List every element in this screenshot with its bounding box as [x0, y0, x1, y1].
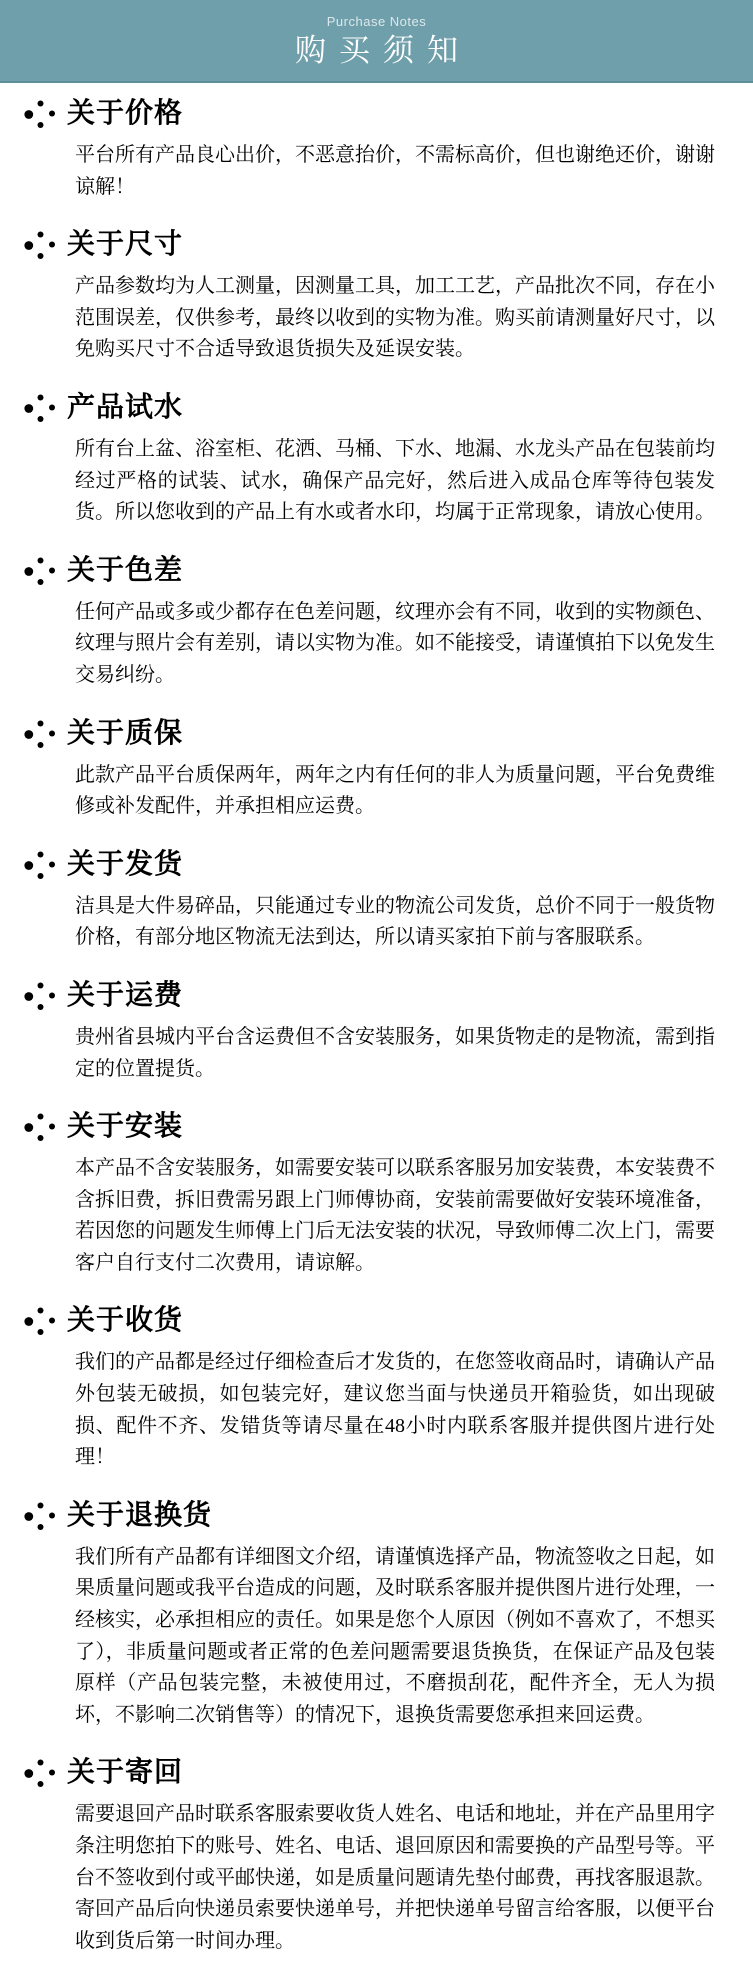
section-header: 关于价格 — [24, 97, 715, 131]
section-header: 关于尺寸 — [24, 228, 715, 262]
section-header: 关于寄回 — [24, 1756, 715, 1790]
section-header: 关于安装 — [24, 1110, 715, 1144]
section-body-text: 我们所有产品都有详细图文介绍，请谨慎选择产品，物流签收之日起，如果质量问题或我平… — [75, 1542, 715, 1732]
purchase-notes-page: Purchase Notes 购买须知 关于价格 平台所有产品良心出价，不恶意抬… — [0, 0, 753, 1987]
section-body-text: 平台所有产品良心出价，不恶意抬价，不需标高价，但也谢绝还价，谢谢谅解！ — [75, 140, 715, 203]
notice-section: 关于收货 我们的产品都是经过仔细检查后才发货的，在您签收商品时，请确认产品外包装… — [24, 1304, 715, 1473]
section-title: 关于质保 — [67, 717, 183, 751]
section-body-text: 贵州省县城内平台含运费但不含安装服务，如果货物走的是物流，需到指定的位置提货。 — [75, 1022, 715, 1085]
banner-subtitle: Purchase Notes — [327, 14, 427, 30]
section-title: 关于发货 — [67, 848, 183, 882]
notice-section: 关于寄回 需要退回产品时联系客服索要收货人姓名、电话和地址，并在产品里用字条注明… — [24, 1756, 715, 1957]
four-dots-bullet-icon — [24, 1111, 56, 1143]
section-title: 关于寄回 — [67, 1756, 183, 1790]
section-header: 产品试水 — [24, 391, 715, 425]
four-dots-bullet-icon — [24, 392, 56, 424]
section-body-text: 洁具是大件易碎品，只能通过专业的物流公司发货，总价不同于一般货物价格，有部分地区… — [75, 891, 715, 954]
section-title: 关于色差 — [67, 554, 183, 588]
four-dots-bullet-icon — [24, 98, 56, 130]
section-body-text: 我们的产品都是经过仔细检查后才发货的，在您签收商品时，请确认产品外包装无破损，如… — [75, 1347, 715, 1473]
section-title: 关于退换货 — [67, 1499, 212, 1533]
notice-section: 关于尺寸 产品参数均为人工测量，因测量工具，加工工艺，产品批次不同，存在小范围误… — [24, 228, 715, 366]
four-dots-bullet-icon — [24, 1500, 56, 1532]
section-title: 关于尺寸 — [67, 228, 183, 262]
section-title: 关于安装 — [67, 1110, 183, 1144]
section-title: 关于价格 — [67, 97, 183, 131]
section-header: 关于退换货 — [24, 1499, 715, 1533]
section-body-text: 此款产品平台质保两年，两年之内有任何的非人为质量问题，平台免费维修或补发配件，并… — [75, 760, 715, 823]
section-body-text: 任何产品或多或少都存在色差问题，纹理亦会有不同，收到的实物颜色、纹理与照片会有差… — [75, 597, 715, 692]
four-dots-bullet-icon — [24, 555, 56, 587]
header-banner: Purchase Notes 购买须知 — [0, 0, 753, 83]
notice-section: 关于运费 贵州省县城内平台含运费但不含安装服务，如果货物走的是物流，需到指定的位… — [24, 979, 715, 1085]
four-dots-bullet-icon — [24, 1305, 56, 1337]
four-dots-bullet-icon — [24, 980, 56, 1012]
notice-section: 关于发货 洁具是大件易碎品，只能通过专业的物流公司发货，总价不同于一般货物价格，… — [24, 848, 715, 954]
section-body-text: 本产品不含安装服务，如需要安装可以联系客服另加安装费，本安装费不含拆旧费，拆旧费… — [75, 1153, 715, 1279]
notice-section: 关于退换货 我们所有产品都有详细图文介绍，请谨慎选择产品，物流签收之日起，如果质… — [24, 1499, 715, 1732]
section-title: 产品试水 — [67, 391, 183, 425]
section-body-text: 产品参数均为人工测量，因测量工具，加工工艺，产品批次不同，存在小范围误差，仅供参… — [75, 271, 715, 366]
notice-section: 产品试水 所有台上盆、浴室柜、花洒、马桶、下水、地漏、水龙头产品在包装前均经过严… — [24, 391, 715, 529]
section-title: 关于收货 — [67, 1304, 183, 1338]
section-title: 关于运费 — [67, 979, 183, 1013]
section-body-text: 需要退回产品时联系客服索要收货人姓名、电话和地址，并在产品里用字条注明您拍下的账… — [75, 1799, 715, 1957]
notice-section: 关于安装 本产品不含安装服务，如需要安装可以联系客服另加安装费，本安装费不含拆旧… — [24, 1110, 715, 1279]
section-header: 关于色差 — [24, 554, 715, 588]
section-body-text: 所有台上盆、浴室柜、花洒、马桶、下水、地漏、水龙头产品在包装前均经过严格的试装、… — [75, 434, 715, 529]
section-header: 关于发货 — [24, 848, 715, 882]
sections-list: 关于价格 平台所有产品良心出价，不恶意抬价，不需标高价，但也谢绝还价，谢谢谅解！… — [0, 97, 753, 1987]
section-header: 关于运费 — [24, 979, 715, 1013]
notice-section: 关于价格 平台所有产品良心出价，不恶意抬价，不需标高价，但也谢绝还价，谢谢谅解！ — [24, 97, 715, 203]
notice-section: 关于色差 任何产品或多或少都存在色差问题，纹理亦会有不同，收到的实物颜色、纹理与… — [24, 554, 715, 692]
page-title: 购买须知 — [282, 31, 471, 71]
four-dots-bullet-icon — [24, 1757, 56, 1789]
four-dots-bullet-icon — [24, 849, 56, 881]
notice-section: 关于质保 此款产品平台质保两年，两年之内有任何的非人为质量问题，平台免费维修或补… — [24, 717, 715, 823]
four-dots-bullet-icon — [24, 718, 56, 750]
section-header: 关于收货 — [24, 1304, 715, 1338]
section-header: 关于质保 — [24, 717, 715, 751]
four-dots-bullet-icon — [24, 229, 56, 261]
